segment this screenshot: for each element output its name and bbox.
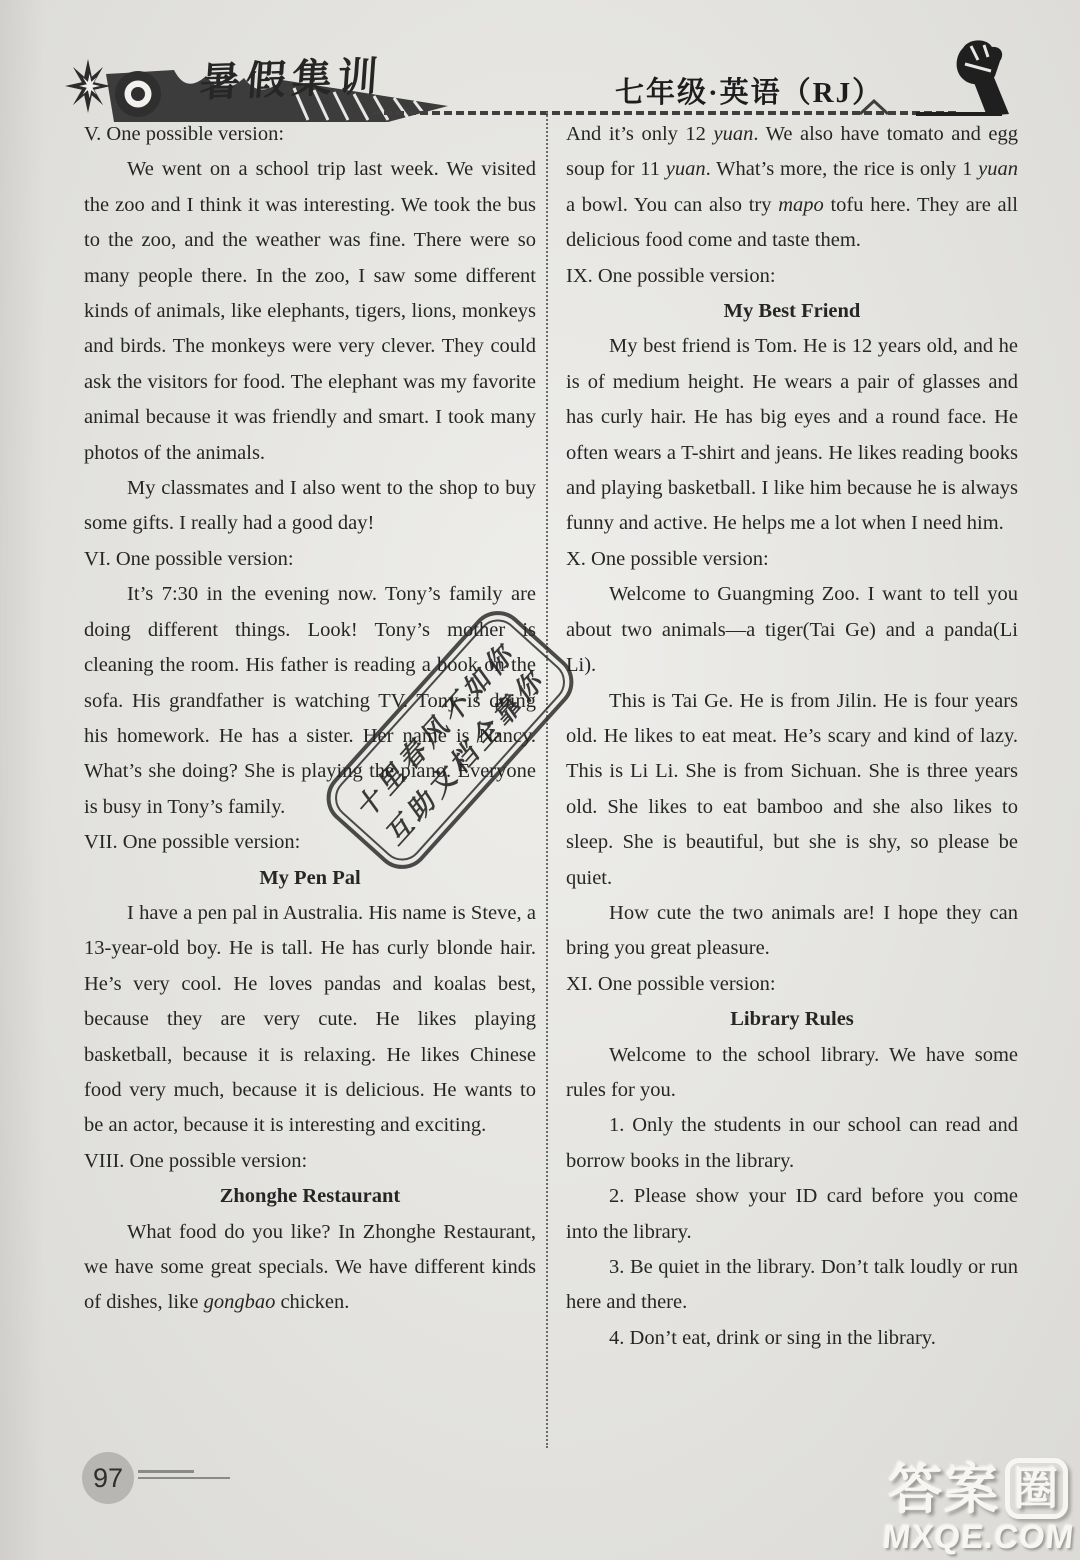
essay-title: My Best Friend <box>566 294 1018 329</box>
answer-section-label: XI. One possible version: <box>566 967 1018 1002</box>
fist-icon <box>945 38 1017 118</box>
answer-paragraph: And it’s only 12 yuan. We also have toma… <box>566 117 1018 259</box>
answer-section-label: X. One possible version: <box>566 542 1018 577</box>
watermark-site-url: MXQE.COM <box>881 1518 1076 1556</box>
answer-section-label: VII. One possible version: <box>84 825 536 860</box>
header-line-caret-icon <box>858 98 890 116</box>
answer-paragraph: 3. Be quiet in the library. Don’t talk l… <box>566 1250 1018 1321</box>
answer-paragraph: Welcome to Guangming Zoo. I want to tell… <box>566 577 1018 683</box>
essay-title: Library Rules <box>566 1002 1018 1037</box>
answer-paragraph: Welcome to the school library. We have s… <box>566 1038 1018 1109</box>
page-number-badge: 97 <box>82 1452 134 1504</box>
answer-section-label: IX. One possible version: <box>566 259 1018 294</box>
essay-title: My Pen Pal <box>84 861 536 896</box>
essay-title: Zhonghe Restaurant <box>84 1179 536 1214</box>
answer-paragraph: I have a pen pal in Australia. His name … <box>84 896 536 1144</box>
answer-paragraph: 1. Only the students in our school can r… <box>566 1108 1018 1179</box>
answer-paragraph: My classmates and I also went to the sho… <box>84 471 536 542</box>
page-number-rule <box>138 1470 194 1473</box>
answer-paragraph: How cute the two animals are! I hope the… <box>566 896 1018 967</box>
answer-paragraph: My best friend is Tom. He is 12 years ol… <box>566 329 1018 541</box>
answer-section-label: VI. One possible version: <box>84 542 536 577</box>
answer-paragraph: We went on a school trip last week. We v… <box>84 152 536 471</box>
answer-section-label: VIII. One possible version: <box>84 1144 536 1179</box>
answers-column-right: And it’s only 12 yuan. We also have toma… <box>566 117 1018 1356</box>
answer-section-label: V. One possible version: <box>84 117 536 152</box>
page-number: 97 <box>93 1463 123 1494</box>
column-divider <box>546 112 548 1448</box>
site-watermark: 答案圈 MXQE.COM <box>883 1458 1074 1556</box>
scanned-page: 暑假集训 七年级·英语（RJ） V. One possible version:… <box>0 0 1080 1560</box>
watermark-brand: 答案圈 <box>883 1458 1074 1520</box>
header-baseline <box>916 112 1002 116</box>
answer-paragraph: 4. Don’t eat, drink or sing in the libra… <box>566 1321 1018 1356</box>
answer-paragraph: What food do you like? In Zhonghe Restau… <box>84 1215 536 1321</box>
series-logo-text: 暑假集训 <box>198 45 386 109</box>
watermark-brand-text: 答案 <box>888 1460 1000 1520</box>
page-header-title: 七年级·英语（RJ） <box>615 70 883 111</box>
watermark-brand-boxed-char: 圈 <box>1005 1458 1068 1520</box>
page-number-rule <box>138 1477 230 1479</box>
answer-paragraph: 2. Please show your ID card before you c… <box>566 1179 1018 1250</box>
answer-paragraph: This is Tai Ge. He is from Jilin. He is … <box>566 684 1018 896</box>
